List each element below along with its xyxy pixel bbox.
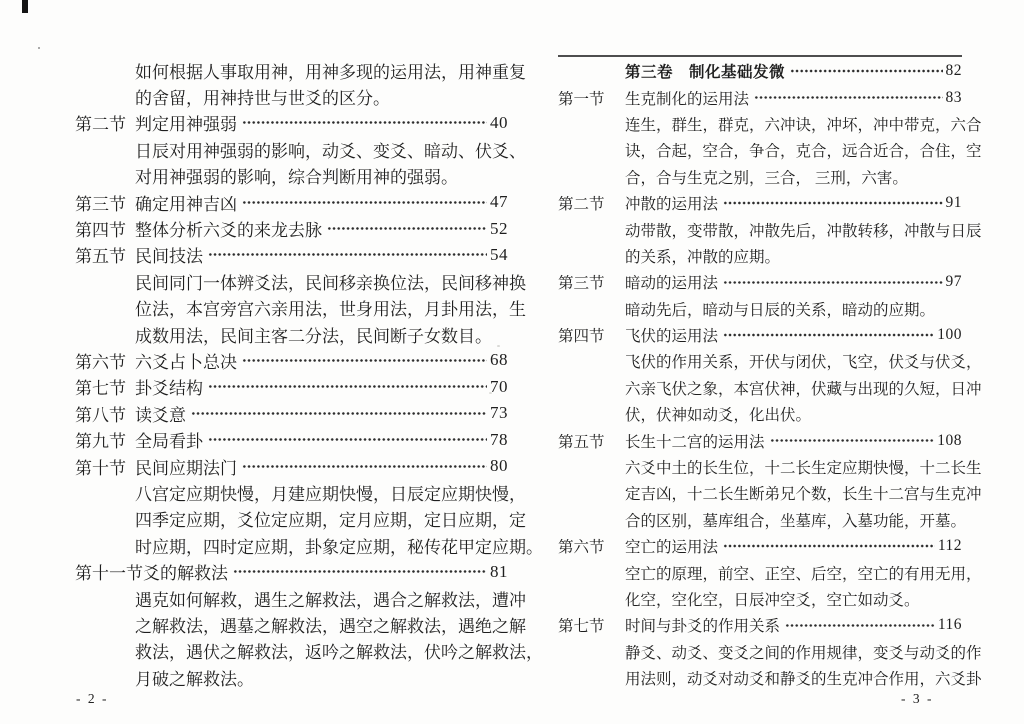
dot-leader xyxy=(208,378,487,395)
toc-entry: 第七节卦爻结构70 xyxy=(75,374,508,400)
dot-leader xyxy=(723,195,942,211)
entry-title: 时间与卦爻的作用关系 xyxy=(625,614,780,636)
section-label: 第九节 xyxy=(75,427,135,452)
entry-description-text: 诀，合起，空合，争合，克合，远合近合，合住，空 xyxy=(625,139,982,161)
entry-title: 卦爻结构 xyxy=(135,374,203,399)
entry-title: 民间技法 xyxy=(135,242,203,267)
page-ref-number: 100 xyxy=(937,326,962,344)
dot-leader xyxy=(723,275,942,291)
page-ref-number: 78 xyxy=(490,430,508,450)
section-label: 第十节 xyxy=(75,454,135,479)
toc-continuation-line: 遇克如何解救，遇生之解救法，遇合之解救法，遭冲 xyxy=(75,585,508,611)
toc-continuation-line: 月破之解救法。 xyxy=(75,664,508,690)
toc-continuation-line: 动带散，变带散，冲散先后，冲散转移，冲散与日辰 xyxy=(558,216,962,242)
dot-leader xyxy=(327,220,487,237)
page-number-right: - 3 - xyxy=(901,691,934,707)
page-ref-number: 116 xyxy=(938,616,962,634)
right-page-toc-lines: 第三卷 制化基础发微82第一节生克制化的运用法83连生，群生，群克，六冲诀，冲坏… xyxy=(558,58,962,691)
entry-title: 第三卷 制化基础发微 xyxy=(625,60,785,82)
dot-leader xyxy=(723,327,934,343)
toc-continuation-line: 连生，群生，群克，六冲诀，冲坏，冲中带克，六合 xyxy=(558,111,962,137)
entry-title: 暗动的运用法 xyxy=(625,271,718,293)
page-ref-number: 47 xyxy=(490,192,508,212)
toc-continuation-line: 如何根据人事取用神，用神多现的运用法，用神重复 xyxy=(75,57,508,83)
toc-entry: 第六节空亡的运用法112 xyxy=(558,533,962,559)
section-label: 第五节 xyxy=(558,430,625,452)
entry-description-text: 定吉凶，十二长生断弟兄个数，长生十二宫与生克冲 xyxy=(625,482,982,504)
toc-entry: 第一节生克制化的运用法83 xyxy=(558,84,962,110)
entry-title: 民间应期法门 xyxy=(135,454,237,479)
page-number-left: - 2 - xyxy=(76,691,109,707)
toc-continuation-line: 日辰对用神强弱的影响，动爻、变爻、暗动、伏爻、 xyxy=(75,136,508,162)
toc-continuation-line: 伏，伏神如动爻，化出伏。 xyxy=(558,401,962,427)
entry-title: 飞伏的运用法 xyxy=(625,324,718,346)
entry-description-text: 如何根据人事取用神，用神多现的运用法，用神重复 xyxy=(135,58,526,83)
entry-description-text: 用法则，动爻对动爻和静爻的生克冲合作用，六爻卦 xyxy=(625,667,982,689)
toc-continuation-line: 六爻中土的长生位，十二长生定应期快慢，十二长生 xyxy=(558,454,962,480)
section-label: 第六节 xyxy=(75,348,135,373)
page-ref-number: 91 xyxy=(946,194,963,212)
entry-title: 冲散的运用法 xyxy=(625,192,718,214)
entry-title: 判定用神强弱 xyxy=(135,110,237,135)
toc-continuation-line: 位法，本宫旁宫六亲用法，世身用法，月卦用法，生 xyxy=(75,295,508,321)
toc-continuation-line: 八宫定应期快慢，月建应期快慢，日辰定应期快慢， xyxy=(75,479,508,505)
toc-entry: 第九节全局看卦78 xyxy=(75,426,508,452)
dot-leader xyxy=(242,114,487,131)
toc-continuation-line: 成数用法，民间主客二分法，民间断子女数目。 xyxy=(75,321,508,347)
scan-artifact-tick xyxy=(22,0,28,13)
page-ref-number: 83 xyxy=(946,89,963,107)
page-ref-number: 108 xyxy=(937,432,962,450)
dot-leader xyxy=(233,563,487,580)
page-ref-number: 68 xyxy=(490,350,508,370)
section-label: 第七节 xyxy=(558,614,625,636)
toc-continuation-line: 化空，空化空，日辰冲空爻，空亡如动爻。 xyxy=(558,586,962,612)
toc-continuation-line: 静爻、动爻、变爻之间的作用规律，变爻与动爻的作 xyxy=(558,639,962,665)
entry-title: 空亡的运用法 xyxy=(625,535,718,557)
dot-leader xyxy=(754,90,942,106)
toc-continuation-line: 民间同门一体辨爻法，民间移亲换位法，民间移神换 xyxy=(75,268,508,294)
toc-continuation-line: 合的区别，墓库组合，坐墓库，入墓功能，开墓。 xyxy=(558,507,962,533)
page-ref-number: 112 xyxy=(938,537,962,555)
toc-entry: 第六节六爻占卜总决68 xyxy=(75,347,508,373)
entry-title: 整体分析六爻的来龙去脉 xyxy=(135,216,322,241)
entry-description-text: 暗动先后，暗动与日辰的关系，暗动的应期。 xyxy=(625,298,935,320)
entry-description-text: 六亲飞伏之象，本宫伏神，伏藏与出现的久短，日冲 xyxy=(625,377,982,399)
dot-leader xyxy=(242,458,487,475)
page-ref-number: 80 xyxy=(490,456,508,476)
page-ref-number: 73 xyxy=(490,403,508,423)
toc-entry: 第四节整体分析六爻的来龙去脉52 xyxy=(75,215,508,241)
toc-continuation-line: 的关系，冲散的应期。 xyxy=(558,243,962,269)
toc-continuation-line: 救法，遇伏之解救法，返吟之解救法，伏吟之解救法， xyxy=(75,638,508,664)
dot-leader xyxy=(208,246,487,263)
toc-continuation-line: 四季定应期，爻位定应期，定月应期，定日应期，定 xyxy=(75,506,508,532)
dot-leader xyxy=(208,431,487,448)
scan-artifact-speck xyxy=(38,47,40,49)
toc-continuation-line: 飞伏的作用关系，开伏与闭伏，飞空，伏爻与伏爻， xyxy=(558,348,962,374)
entry-description-text: 合的区别，墓库组合，坐墓库，入墓功能，开墓。 xyxy=(625,509,966,531)
entry-description-text: 位法，本宫旁宫六亲用法，世身用法，月卦用法，生 xyxy=(135,295,526,320)
section-label: 第十一节 xyxy=(75,559,143,584)
left-page-toc-lines: 如何根据人事取用神，用神多现的运用法，用神重复的舍留，用神持世与世爻的区分。第二… xyxy=(75,57,508,690)
toc-volume-heading: 第三卷 制化基础发微82 xyxy=(558,58,962,84)
dot-leader xyxy=(785,618,935,634)
toc-entry: 第八节读爻意73 xyxy=(75,400,508,426)
entry-title: 确定用神吉凶 xyxy=(135,190,237,215)
entry-title: 读爻意 xyxy=(135,401,186,426)
entry-description-text: 救法，遇伏之解救法，返吟之解救法，伏吟之解救法， xyxy=(135,638,543,663)
section-label: 第二节 xyxy=(75,110,135,135)
toc-entry: 第五节长生十二宫的运用法108 xyxy=(558,427,962,453)
entry-description-text: 静爻、动爻、变爻之间的作用规律，变爻与动爻的作 xyxy=(625,641,982,663)
toc-continuation-line: 合，合与生克之别，三合， 三刑，六害。 xyxy=(558,164,962,190)
entry-description-text: 化空，空化空，日辰冲空爻，空亡如动爻。 xyxy=(625,588,920,610)
toc-entry: 第四节飞伏的运用法100 xyxy=(558,322,962,348)
entry-description-text: 飞伏的作用关系，开伏与闭伏，飞空，伏爻与伏爻， xyxy=(625,350,982,372)
section-label: 第二节 xyxy=(558,192,625,214)
section-label: 第四节 xyxy=(558,324,625,346)
toc-entry: 第十节民间应期法门80 xyxy=(75,453,508,479)
page-ref-number: 70 xyxy=(490,377,508,397)
left-page: 如何根据人事取用神，用神多现的运用法，用神重复的舍留，用神持世与世爻的区分。第二… xyxy=(75,57,508,690)
right-page: 第三卷 制化基础发微82第一节生克制化的运用法83连生，群生，群克，六冲诀，冲坏… xyxy=(558,58,962,691)
toc-continuation-line: 的舍留，用神持世与世爻的区分。 xyxy=(75,83,508,109)
entry-title: 生克制化的运用法 xyxy=(625,87,749,109)
entry-description-text: 民间同门一体辨爻法，民间移亲换位法，民间移神换 xyxy=(135,269,526,294)
toc-continuation-line: 空亡的原理，前空、正空、后空，空亡的有用无用， xyxy=(558,559,962,585)
entry-description-text: 八宫定应期快慢，月建应期快慢，日辰定应期快慢， xyxy=(135,480,526,505)
page-ref-number: 97 xyxy=(946,273,963,291)
entry-description-text: 的舍留，用神持世与世爻的区分。 xyxy=(135,84,390,109)
entry-description-text: 伏，伏神如动爻，化出伏。 xyxy=(625,403,811,425)
page-ref-number: 82 xyxy=(946,62,963,80)
right-page-top-rule xyxy=(558,55,962,57)
page-ref-number: 54 xyxy=(490,245,508,265)
entry-description-text: 时应期，四时定应期，卦象定应期，秘传花甲定应期。 xyxy=(135,533,543,558)
section-label: 第三节 xyxy=(75,190,135,215)
entry-description-text: 成数用法，民间主客二分法，民间断子女数目。 xyxy=(135,322,492,347)
entry-title: 爻的解救法 xyxy=(143,559,228,584)
entry-description-text: 之解救法，遇墓之解救法，遇空之解救法，遇绝之解 xyxy=(135,612,526,637)
toc-entry: 第七节时间与卦爻的作用关系116 xyxy=(558,612,962,638)
dot-leader xyxy=(242,352,487,369)
entry-title: 全局看卦 xyxy=(135,427,203,452)
toc-entry: 第十一节爻的解救法81 xyxy=(75,558,508,584)
dot-leader xyxy=(770,433,935,449)
entry-description-text: 日辰对用神强弱的影响，动爻、变爻、暗动、伏爻、 xyxy=(135,137,526,162)
entry-description-text: 空亡的原理，前空、正空、后空，空亡的有用无用， xyxy=(625,562,982,584)
entry-title: 长生十二宫的运用法 xyxy=(625,430,765,452)
section-label: 第七节 xyxy=(75,374,135,399)
section-label: 第四节 xyxy=(75,216,135,241)
toc-continuation-line: 定吉凶，十二长生断弟兄个数，长生十二宫与生克冲 xyxy=(558,480,962,506)
page-ref-number: 40 xyxy=(490,113,508,133)
page-ref-number: 81 xyxy=(490,562,508,582)
entry-description-text: 连生，群生，群克，六冲诀，冲坏，冲中带克，六合 xyxy=(625,113,982,135)
toc-continuation-line: 用法则，动爻对动爻和静爻的生克冲合作用，六爻卦 xyxy=(558,665,962,691)
entry-description-text: 遇克如何解救，遇生之解救法，遇合之解救法，遭冲 xyxy=(135,586,526,611)
toc-entry: 第二节判定用神强弱40 xyxy=(75,110,508,136)
dot-leader xyxy=(191,405,487,422)
page-ref-number: 52 xyxy=(490,219,508,239)
entry-description-text: 四季定应期，爻位定应期，定月应期，定日应期，定 xyxy=(135,506,526,531)
toc-entry: 第三节确定用神吉凶47 xyxy=(75,189,508,215)
scanned-book-spread: 如何根据人事取用神，用神多现的运用法，用神重复的舍留，用神持世与世爻的区分。第二… xyxy=(0,0,1024,724)
toc-entry: 第三节暗动的运用法97 xyxy=(558,269,962,295)
entry-description-text: 月破之解救法。 xyxy=(135,665,254,690)
section-label: 第八节 xyxy=(75,401,135,426)
toc-continuation-line: 暗动先后，暗动与日辰的关系，暗动的应期。 xyxy=(558,296,962,322)
entry-title: 六爻占卜总决 xyxy=(135,348,237,373)
section-label: 第六节 xyxy=(558,535,625,557)
dot-leader xyxy=(242,194,487,211)
toc-entry: 第二节冲散的运用法91 xyxy=(558,190,962,216)
dot-leader xyxy=(790,63,942,79)
toc-continuation-line: 对用神强弱的影响，综合判断用神的强弱。 xyxy=(75,163,508,189)
toc-entry: 第五节民间技法54 xyxy=(75,242,508,268)
entry-description-text: 动带散，变带散，冲散先后，冲散转移，冲散与日辰 xyxy=(625,219,982,241)
toc-continuation-line: 六亲飞伏之象，本宫伏神，伏藏与出现的久短，日冲 xyxy=(558,375,962,401)
dot-leader xyxy=(723,538,935,554)
entry-description-text: 对用神强弱的影响，综合判断用神的强弱。 xyxy=(135,163,458,188)
toc-continuation-line: 诀，合起，空合，争合，克合，远合近合，合住，空 xyxy=(558,137,962,163)
section-label: 第五节 xyxy=(75,242,135,267)
section-label: 第一节 xyxy=(558,87,625,109)
toc-continuation-line: 时应期，四时定应期，卦象定应期，秘传花甲定应期。 xyxy=(75,532,508,558)
entry-description-text: 六爻中土的长生位，十二长生定应期快慢，十二长生 xyxy=(625,456,982,478)
section-label: 第三节 xyxy=(558,271,625,293)
toc-continuation-line: 之解救法，遇墓之解救法，遇空之解救法，遇绝之解 xyxy=(75,611,508,637)
entry-description-text: 的关系，冲散的应期。 xyxy=(625,245,780,267)
entry-description-text: 合，合与生克之别，三合， 三刑，六害。 xyxy=(625,166,908,188)
